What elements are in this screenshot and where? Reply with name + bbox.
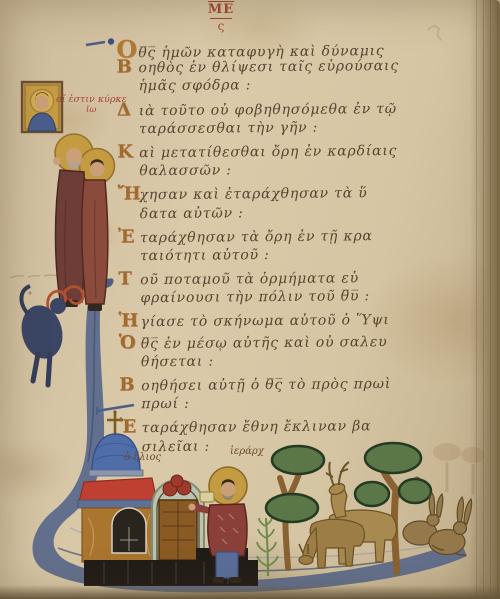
- psalm-line: Διὰ τοῦτο οὐ φοβηθησόμεθα ἐν τῷ: [117, 98, 447, 122]
- psalm-line: Ὁθ̅ς̅ ἐν μέσῳ αὐτῆς καὶ οὐ σαλευ: [119, 331, 449, 355]
- psalm-line-text: θαλασσῶν :: [139, 164, 232, 179]
- verse-initial: Ἡ: [119, 313, 141, 331]
- psalm-line: σιλεῖαι :: [120, 437, 450, 461]
- verse-initial: Β: [119, 376, 141, 394]
- verse-initial: Ὁ: [119, 334, 141, 352]
- psalm-text-block: Οθ̅ς̅ ἡμῶν καταφυγὴ καὶ δύναμιςΒοηθὸς ἐν…: [116, 35, 450, 462]
- psalm-line-text: οῦ ποταμοῦ τὰ ὁρμήματα εὐ: [140, 271, 359, 287]
- psalm-line-text: ταιότητι αὐτοῦ :: [140, 248, 270, 263]
- section-mark: ς: [203, 20, 239, 32]
- psalm-line: ἡμᾶς σφόδρα :: [117, 77, 447, 101]
- psalm-line-text: σιλεῖαι :: [142, 439, 210, 454]
- psalm-line-text: αὶ μετατίθεσθαι ὄρη ἐν καρδίαις: [139, 144, 397, 160]
- psalm-line: ταιότητι αὐτοῦ :: [118, 246, 448, 270]
- psalm-line-text: οηθὸς ἐν θλίψεσι ταῖς εὑρούσαις: [138, 59, 399, 75]
- psalm-line-text: γίασε τὸ σκήνωμα αὐτοῦ ὁ Ὕψι: [141, 314, 390, 330]
- psalm-line-text: οηθήσει αὐτῇ ὁ θ̅ς̅ τὸ πρὸς πρωὶ: [141, 377, 391, 393]
- bishop-saint: [189, 467, 248, 583]
- faded-marginal-note: [10, 275, 57, 295]
- psalm-line: φραίνουσι τὴν πόλιν τοῦ θ̅υ̅ :: [118, 289, 448, 313]
- psalm-line-text: φραίνουσι τὴν πόλιν τοῦ θ̅υ̅ :: [140, 289, 370, 305]
- hares: [403, 493, 472, 555]
- verse-initial: Δ: [117, 101, 139, 119]
- psalm-number-header: ΜΕ ς: [203, 3, 239, 32]
- psalm-line-text: ταράχθησαν ἔθνη ἔκλιναν βα: [142, 420, 372, 436]
- psalm-line-text: ἡμᾶς σφόδρα :: [139, 79, 252, 94]
- psalm-line-text: ταράσσεσθαι τὴν γῆν :: [139, 120, 318, 136]
- psalm-line-text: ταράχθησαν τὰ ὄρη ἐν τῇ κρα: [140, 229, 373, 245]
- stags: [299, 462, 397, 568]
- psalm-line: Βοηθήσει αὐτῇ ὁ θ̅ς̅ τὸ πρὸς πρωὶ: [119, 374, 449, 398]
- psalm-number: ΜΕ: [203, 3, 239, 16]
- red-curl-ornament: [48, 287, 83, 314]
- psalm-line: Ἐταράχθησαν τὰ ὄρη ἐν τῇ κρα: [118, 225, 448, 249]
- verse-initial: Β: [116, 58, 138, 76]
- psalm-line-text: ιὰ τοῦτο οὐ φοβηθησόμεθα ἐν τῷ: [139, 102, 397, 118]
- trees: [266, 443, 431, 572]
- verse-initial: Ἐ: [118, 228, 140, 246]
- psalm-line: Οθ̅ς̅ ἡμῶν καταφυγὴ καὶ δύναμις: [116, 35, 446, 59]
- psalm-line-text: θ̅ς̅ ἐν μέσῳ αὐτῆς καὶ οὐ σαλευ: [141, 335, 388, 351]
- psalm-line: Ἤχησαν καὶ ἐταράχθησαν τὰ ὕ: [117, 183, 447, 207]
- psalm-line: Ἐταράχθησαν ἔθνη ἔκλιναν βα: [119, 416, 449, 440]
- saint-portrait-miniature: [22, 82, 62, 132]
- psalm-line: Βοηθὸς ἐν θλίψεσι ταῖς εὑρούσαις: [116, 56, 446, 80]
- psalm-line-text: πρωί :: [141, 397, 189, 411]
- page-fore-edge: [470, 0, 500, 599]
- manuscript-page: ΜΕ ς Οθ̅ς̅ ἡμῶν καταφυγὴ καὶ δύναμιςΒοηθ…: [0, 0, 500, 599]
- two-standing-saints: [53, 134, 115, 311]
- verse-initial: Κ: [117, 143, 139, 161]
- verse-initial: Ἐ: [119, 419, 141, 437]
- psalm-line-text: χησαν καὶ ἐταράχθησαν τὰ ὕ: [139, 187, 367, 203]
- psalm-line: θήσεται :: [119, 352, 449, 376]
- psalm-line-text: θήσεται :: [141, 354, 214, 369]
- psalm-line: δατα αὐτῶν :: [118, 204, 448, 228]
- page-bottom-edge: [0, 585, 500, 599]
- psalm-line: Καὶ μετατίθεσθαι ὄρη ἐν καρδίαις: [117, 141, 447, 165]
- verse-initial: Τ: [118, 270, 140, 288]
- psalm-line: ταράσσεσθαι τὴν γῆν :: [117, 119, 447, 143]
- verse-initial: Ἤ: [117, 186, 139, 204]
- psalm-line: θαλασσῶν :: [117, 162, 447, 186]
- psalm-line-text: δατα αὐτῶν :: [140, 206, 244, 221]
- fern-plant: [257, 518, 278, 576]
- climbing-creature: [16, 286, 68, 385]
- psalm-line: Ἡγίασε τὸ σκήνωμα αὐτοῦ ὁ Ὕψι: [119, 310, 449, 334]
- psalm-line: πρωί :: [119, 395, 449, 419]
